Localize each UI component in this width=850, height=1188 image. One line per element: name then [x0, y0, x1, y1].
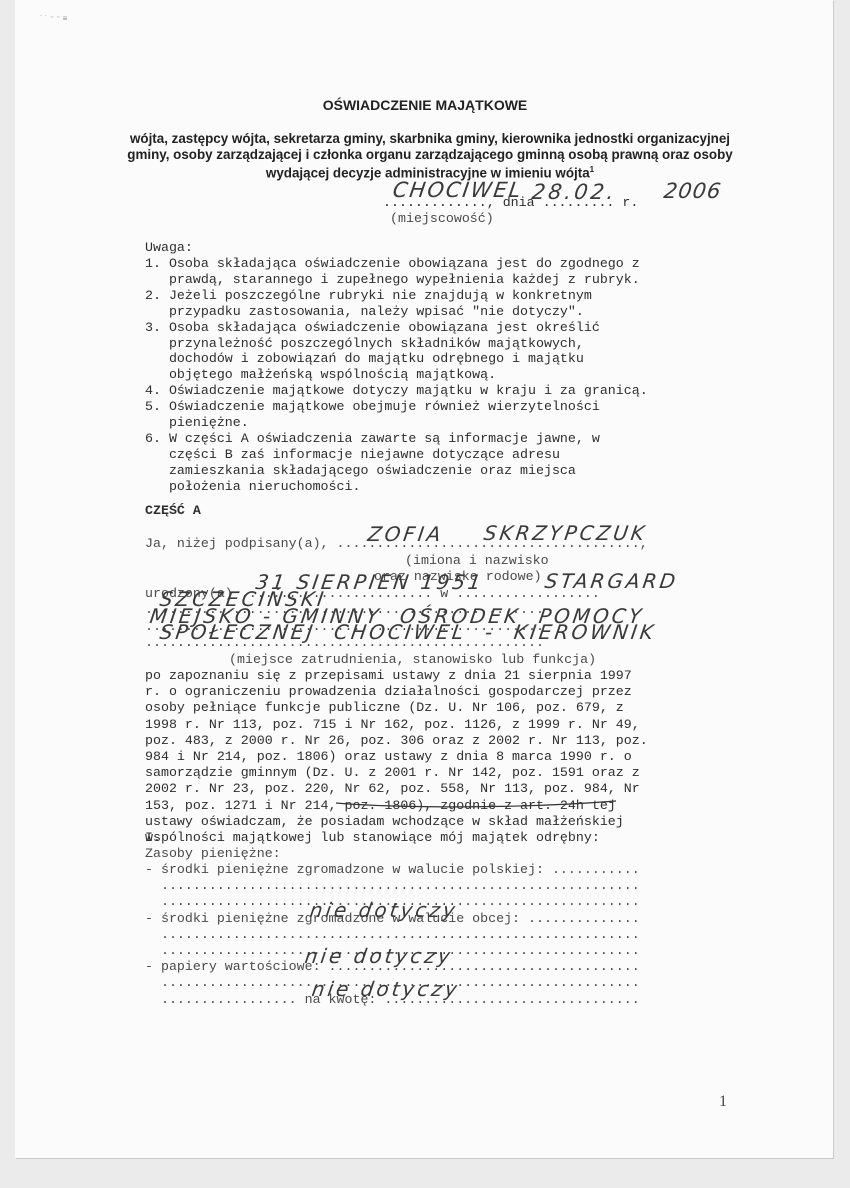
handwritten-birth-place: STARGARD — [543, 569, 680, 593]
document-subtitle: wójta, zastępcy wójta, sekretarza gminy,… — [110, 131, 750, 181]
notes-list: 1. Osoba składająca oświadczenie obowiąz… — [145, 256, 648, 495]
handwritten-first-name: ZOFIA — [366, 522, 445, 546]
statement-line: osoby pełniące funkcje publiczne (Dz. U.… — [145, 700, 648, 716]
handwritten-foreign-answer: nie dotyczy — [303, 944, 454, 968]
part-a-heading: CZĘŚĆ A — [145, 503, 201, 518]
note-line: przypadku zastosowania, należy wpisać "n… — [145, 304, 648, 320]
statement-line: 2002 r. Nr 23, poz. 220, Nr 62, poz. 558… — [145, 781, 648, 797]
form-line: ........................................… — [145, 927, 640, 943]
note-line: położenia nieruchomości. — [145, 479, 648, 495]
note-line: przynależność poszczególnych składników … — [145, 336, 648, 352]
note-line: pieniężne. — [145, 415, 648, 431]
handwritten-securities-answer: nie dotyczy — [310, 977, 461, 1001]
note-line: 5. Oświadczenie majątkowe obejmuje równi… — [145, 399, 648, 415]
handwritten-pln-answer: nie dotyczy — [308, 898, 459, 922]
handwritten-place: CHOCIWEL — [391, 178, 524, 202]
form-line: ........................................… — [145, 878, 640, 894]
statement-line: po zapoznaniu się z przepisami ustawy z … — [145, 668, 648, 684]
note-line: dochodów i zobowiązań do majątku odrębne… — [145, 351, 648, 367]
handwritten-year: 2006 — [662, 179, 723, 203]
note-line: 1. Osoba składająca oświadczenie obowiąz… — [145, 256, 648, 272]
statement-text: po zapoznaniu się z przepisami ustawy z … — [145, 668, 648, 846]
statement-line: wspólności majątkowej lub stanowiące mój… — [145, 830, 648, 846]
statement-line: r. o ograniczeniu prowadzenia działalnoś… — [145, 684, 648, 700]
handwritten-date: 28.02. — [530, 180, 618, 204]
form-line: - środki pieniężne zgromadzone w walucie… — [145, 862, 640, 878]
statement-line: poz. 483, z 2000 r. Nr 26, poz. 306 oraz… — [145, 733, 648, 749]
note-line: 4. Oświadczenie majątkowe dotyczy majątk… — [145, 383, 648, 399]
statement-line: samorządzie gminnym (Dz. U. z 2001 r. Nr… — [145, 765, 648, 781]
notes-heading: Uwaga: — [145, 240, 193, 255]
note-line: 2. Jeżeli poszczególne rubryki nie znajd… — [145, 288, 648, 304]
footnote-marker: 1 — [590, 165, 594, 174]
scan-artifact: ˙ ˙ ⁻ ⁻ ≡ — [40, 14, 67, 23]
section-1-heading: Zasoby pieniężne: — [145, 846, 281, 861]
employment-label: (miejsce zatrudnienia, stanowisko lub fu… — [229, 652, 596, 667]
note-line: 6. W części A oświadczenia zawarte są in… — [145, 431, 648, 447]
note-line: objętego małżeńską wspólnością majątkową… — [145, 367, 648, 383]
note-line: części B zaś informacje niejawne dotyczą… — [145, 447, 648, 463]
statement-line: 984 i Nr 214, poz. 1806) oraz ustawy z d… — [145, 749, 648, 765]
handwritten-employment-2: SPOŁECZNEJ CHOCIWEL - KIEROWNIK — [158, 620, 657, 644]
note-line: 3. Osoba składająca oświadczenie obowiąz… — [145, 320, 648, 336]
statement-line: ustawy oświadczam, że posiadam wchodzące… — [145, 814, 648, 830]
handwritten-last-name: SKRZYPCZUK — [482, 521, 648, 545]
name-label-1: (imiona i nazwisko — [405, 553, 549, 568]
document-title: OŚWIADCZENIE MAJĄTKOWE — [0, 97, 850, 113]
note-line: prawdą, starannego i zupełnego wypełnien… — [145, 272, 648, 288]
section-1-number: I. — [145, 830, 161, 845]
handwritten-underline — [335, 800, 617, 810]
note-line: zamieszkania składającego oświadczenie o… — [145, 463, 648, 479]
place-label: (miejscowość) — [390, 211, 494, 226]
page-number: 1 — [719, 1093, 727, 1111]
statement-line: 1998 r. Nr 113, poz. 715 i Nr 162, poz. … — [145, 717, 648, 733]
